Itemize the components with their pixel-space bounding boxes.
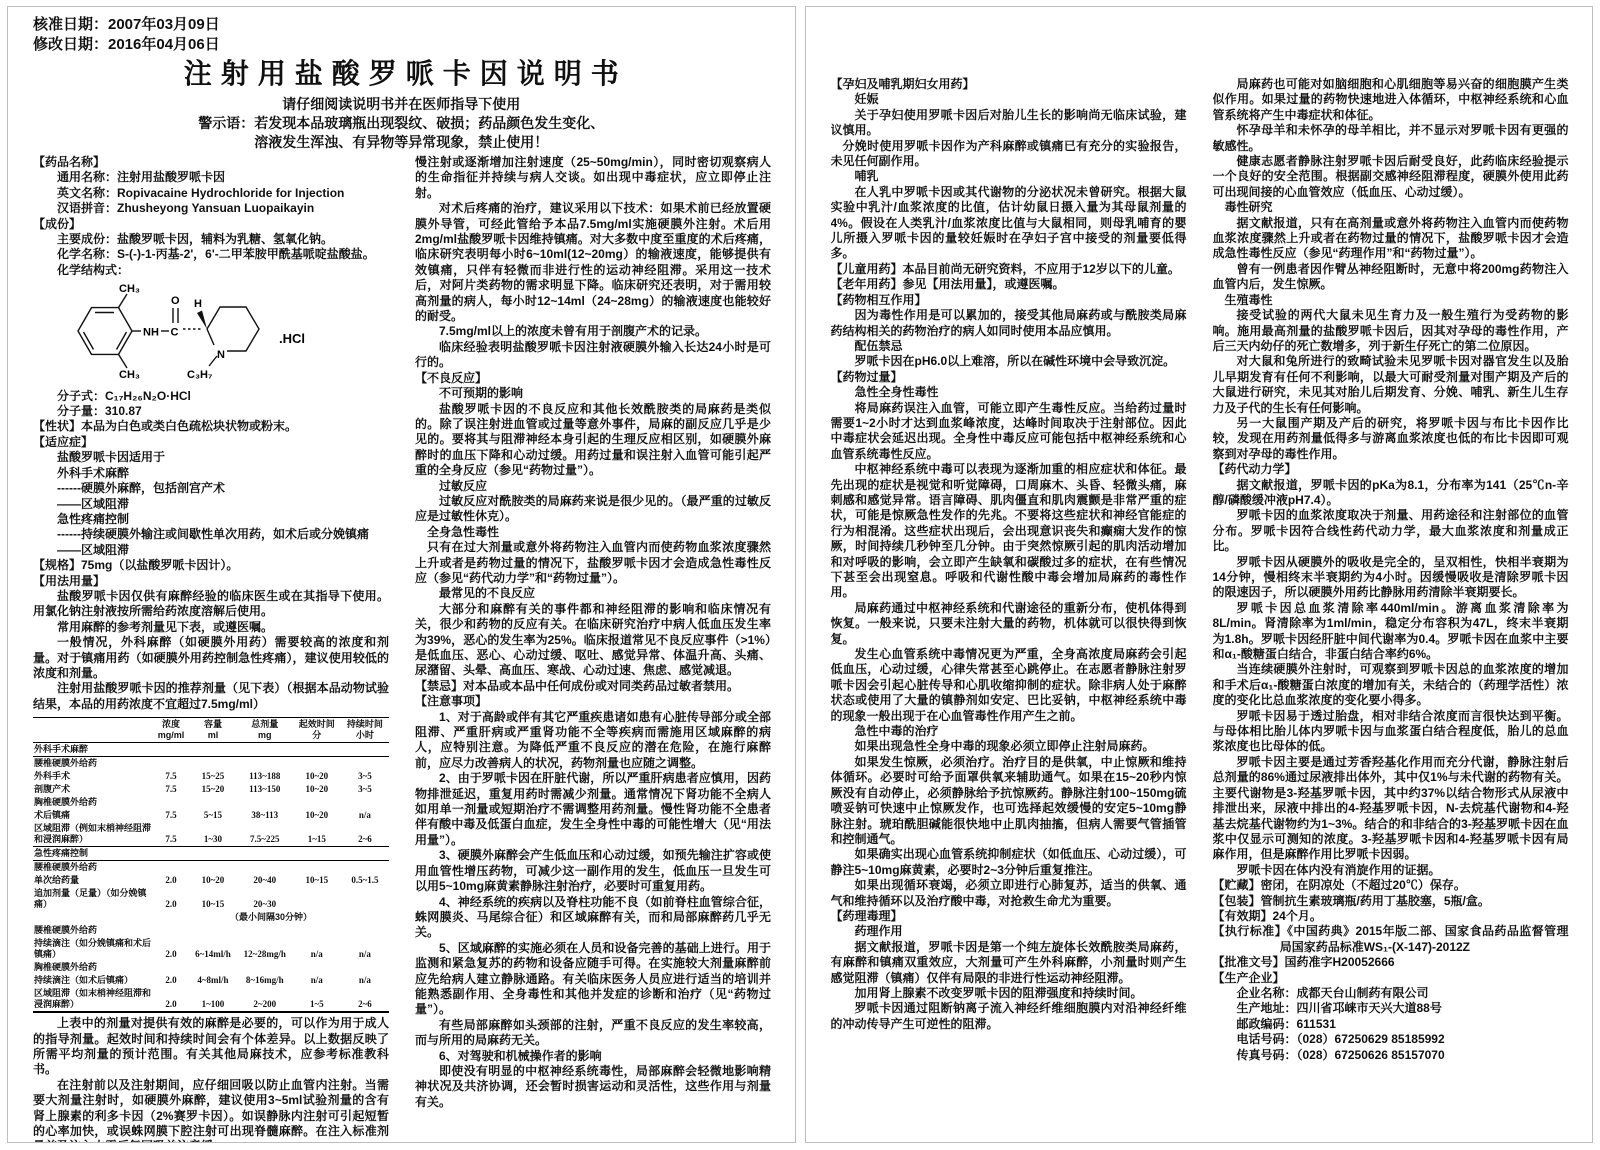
paragraph: 接受试验的两代大鼠未见生育力及一般生殖行为受药物的影响。施用最高剂量的盐酸罗哌卡… [1213, 308, 1569, 354]
h-label: H [194, 298, 202, 310]
paragraph: 罗哌卡因易于透过胎盘，相对非结合浓度而言很快达到平衡。与母体相比胎儿体内罗哌卡因… [1213, 709, 1569, 755]
paragraph: 一般情况，外科麻醉（如硬膜外用药）需要较高的浓度和剂量。对于镇痛用药（如硬膜外用… [33, 635, 389, 681]
table-header: 浓度mg/ml [153, 718, 189, 743]
paragraph: 据文献报道，罗哌卡因是第一个纯左旋体长效酰胺类局麻药，有麻醉和镇痛双重效应，大剂… [831, 940, 1187, 986]
paragraph: 常用麻醉的参考剂量见下表，或遵医嘱。 [33, 620, 389, 635]
paragraph: 即使没有明显的中枢神经系统毒性，局部麻醉会轻微地影响精神状况及共济协调，还会暂时… [415, 1064, 771, 1110]
section-heading: 【禁忌】对本品或本品中任何成份或对同类药品过敏者禁用。 [415, 679, 771, 694]
page-1-columns: 【药品名称】通用名称：注射用盐酸罗哌卡因英文名称：Ropivacaine Hyd… [33, 155, 770, 1143]
paragraph: 最常见的不良反应 [415, 586, 771, 601]
table-row: 外科手术麻醉 [33, 743, 389, 757]
section-heading: 【生产企业】 [1213, 971, 1569, 986]
section-heading: 【适应症】 [33, 435, 389, 450]
paragraph: 企业名称：成都天台山制药有限公司 [1213, 986, 1569, 1001]
paragraph: 在人乳中罗哌卡因或其代谢物的分泌状况未曾研究。根据大鼠实验中乳汁/血浆浓度的比值… [831, 185, 1187, 262]
paragraph: 7.5mg/ml以上的浓度未曾有用于剖腹产术的记录。 [415, 324, 771, 339]
section-heading: 【有效期】24个月。 [1213, 909, 1569, 924]
paragraph: 化学名称：S-(-)-1-丙基-2'，6'-二甲苯胺甲酰基哌啶盐酸盐。 [33, 247, 389, 262]
paragraph: 有些局部麻醉如头颈部的注射，严重不良反应的发生率较高，而与所用的局麻药无关。 [415, 1018, 771, 1049]
paragraph: 罗哌卡因在体内没有消旋作用的证据。 [1213, 863, 1569, 878]
paragraph: 如果确实出现心血管系统抑制症状（如低血压、心动过缓），可静注5~10mg麻黄素，… [831, 847, 1187, 878]
paragraph: 大部分和麻醉有关的事件都和神经阻滞的影响和临床情况有关，很少和药物的反应有关。在… [415, 602, 771, 679]
section-heading: 【药代动力学】 [1213, 462, 1569, 477]
table-row: 胸椎硬膜外给药 [33, 961, 389, 974]
table-header: 起效时间分 [293, 718, 341, 743]
paragraph: 中枢神经系统中毒可以表现为逐渐加重的相应症状和体征。最先出现的症状是视觉和听觉障… [831, 462, 1187, 601]
paragraph: 对术后疼痛的治疗，建议采用以下技术：如果术前已经放置硬膜外导管，可经此管给予本品… [415, 201, 771, 324]
paragraph: 罗哌卡因从硬膜外的吸收是完全的，呈双相性，快相半衰期为14分钟，慢相终末半衰期约… [1213, 555, 1569, 601]
adverse-reactions-precautions-section: 慢注射或逐渐增加注射速度（25~50mg/min），同时密切观察病人的生命指征并… [415, 155, 771, 1110]
paragraph: 只有在过大剂量或意外将药物注入血管内而使药物血浆浓度骤然上升或者是药物过量的情况… [415, 540, 771, 586]
table-header-empty [33, 718, 153, 743]
paragraph: 邮政编码：611531 [1213, 1017, 1569, 1032]
paragraph: 当连续硬膜外注射时，可观察到罗哌卡因总的血浆浓度的增加和手术后α₁-酸糖蛋白浓度… [1213, 662, 1569, 708]
chemical-structure-diagram: CH₃ CH₃ NH C O H N C₃H₇ .HCl [57, 281, 389, 385]
hcl-label: .HCl [279, 331, 305, 346]
paragraph: 上表中的剂量对提供有效的麻醉是必要的，可以作为用于成人的指导剂量。起效时间和持续… [33, 1016, 389, 1078]
table-row: 持续滴注（如术后镇痛）2.04~8ml/h8~16mg/hn/an/a [33, 974, 389, 987]
paragraph: 英文名称：Ropivacaine Hydrochloride for Injec… [33, 186, 389, 201]
paragraph: 哺乳 [831, 169, 1187, 184]
paragraph: 罗哌卡因主要是通过芳香羟基化作用而充分代谢，静脉注射后总剂量的86%通过尿液排出… [1213, 755, 1569, 863]
paragraph: 加用肾上腺素不改变罗哌卡因的阻滞强度和持续时间。 [831, 986, 1187, 1001]
paragraph: 传真号码：（028）67250626 85157070 [1213, 1048, 1569, 1063]
paragraph: 据文献报道，只有在高剂量或意外将药物注入血管内而使药物血浆浓度骤然上升或者在药物… [1213, 216, 1569, 262]
table-row: 外科手术7.515~25113~18810~203~5 [33, 770, 389, 783]
drug-name-composition-section: 【药品名称】通用名称：注射用盐酸罗哌卡因英文名称：Ropivacaine Hyd… [33, 155, 389, 278]
properties-indications-dosage-section: 分子式：C₁₇H₂₆N₂O·HCl分子量：310.87【性状】本品为白色或类白色… [33, 389, 389, 713]
paragraph: ——区域阻滞 [33, 497, 389, 512]
paragraph: 药理作用 [831, 924, 1187, 939]
paragraph: 6、对驾驶和机械操作者的影响 [415, 1049, 771, 1064]
paragraph: 关于孕妇使用罗哌卡因后对胎儿生长的影响尚无临床试验，建议慎用。 [831, 108, 1187, 139]
paragraph: ——区域阻滞 [33, 543, 389, 558]
warning-line-1: 警示语：若发现本品玻璃瓶出现裂纹、破损；药品颜色发生变化、 [33, 114, 770, 133]
section-heading: 【药物过量】 [831, 370, 1187, 385]
paragraph: 罗哌卡因在pH6.0以上难溶，所以在碱性环境中会导致沉淀。 [831, 354, 1187, 369]
table-header-row: 浓度mg/ml容量ml总剂量mg起效时间分持续时间小时 [33, 718, 389, 743]
paragraph: 如果出现循环衰竭，必须立即进行心肺复苏，适当的供氧、通气和维持循环以及治疗酸中毒… [831, 878, 1187, 909]
paragraph: 生殖毒性 [1213, 293, 1569, 308]
paragraph: ------持续硬膜外输注或间歇性单次用药，如术后或分娩镇痛 [33, 527, 389, 542]
paragraph: 在注射前以及注射期间，应仔细回吸以防止血管内注射。当需要大剂量注射时，如硬膜外麻… [33, 1078, 389, 1143]
paragraph: 盐酸罗哌卡因的不良反应和其他长效酰胺类的局麻药是类似的。除了误注射进血管或过量等… [415, 402, 771, 479]
table-row: （最小间隔30分钟） [33, 911, 389, 924]
paragraph: 配伍禁忌 [831, 339, 1187, 354]
section-heading: 【药物相互作用】 [831, 293, 1187, 308]
paragraph: 曾有一例患者因作臂丛神经阻断时，无意中将200mg药物注入血管内后，发生惊厥。 [1213, 262, 1569, 293]
paragraph: 急性疼痛控制 [33, 512, 389, 527]
paragraph: 妊娠 [831, 92, 1187, 107]
column-3: 【孕妇及哺乳期妇女用药】妊娠关于孕妇使用罗哌卡因后对胎儿生长的影响尚无临床试验，… [831, 77, 1187, 1063]
paragraph: 过敏反应 [415, 479, 771, 494]
paragraph: 分娩时使用罗哌卡因作为产科麻醉或镇痛已有充分的实验报告，未见任何副作用。 [831, 139, 1187, 170]
paragraph: 毒性研究 [1213, 200, 1569, 215]
paragraph: 3、硬膜外麻醉会产生低血压和心动过缓，如预先输注扩容或使用血管性增压药物，可减少… [415, 848, 771, 894]
paragraph: 注射用盐酸罗哌卡因的推荐剂量（见下表）（根据本品动物试验结果，本品的用药浓度不宜… [33, 681, 389, 712]
paragraph: 健康志愿者静脉注射罗哌卡因后耐受良好，此药临床经验提示一个良好的安全范围。根据副… [1213, 154, 1569, 200]
section-heading: 【批准文号】国药准字H20052666 [1213, 955, 1569, 970]
paragraph: 慢注射或逐渐增加注射速度（25~50mg/min），同时密切观察病人的生命指征并… [415, 155, 771, 201]
c3h7-label: C₃H₇ [187, 369, 212, 381]
section-heading: 【药理毒理】 [831, 909, 1187, 924]
paragraph: 另一大鼠围产期及产后的研究，将罗哌卡因与布比卡因作比较，发现在用药剂量低得多与游… [1213, 416, 1569, 462]
column-2: 慢注射或逐渐增加注射速度（25~50mg/min），同时密切观察病人的生命指征并… [415, 155, 771, 1143]
structure-svg: CH₃ CH₃ NH C O H N C₃H₇ .HCl [57, 281, 325, 381]
section-heading: 【药品名称】 [33, 155, 389, 170]
paragraph: 全身急性毒性 [415, 525, 771, 540]
paragraph: 将局麻药误注入血管，可能立即产生毒性反应。当给药过量时需要1~2小时才达到血浆峰… [831, 401, 1187, 463]
date-block: 核准日期：2007年03月09日 修改日期：2016年04月06日 [33, 15, 770, 55]
paragraph: 外科手术麻醉 [33, 466, 389, 481]
warning-line-2: 溶液发生浑浊、有异物等异常现象，禁止使用！ [33, 133, 770, 152]
table-row: 持续滴注（如分娩镇痛和术后镇痛）2.06~14ml/h12~28mg/hn/an… [33, 937, 389, 961]
paragraph: 生产地址：四川省邛崃市天兴大道88号 [1213, 1001, 1569, 1016]
paragraph: 通用名称：注射用盐酸罗哌卡因 [33, 170, 389, 185]
dosage-table: 浓度mg/ml容量ml总剂量mg起效时间分持续时间小时 外科手术麻醉腰椎硬膜外给… [33, 717, 389, 1013]
n-label: N [217, 349, 225, 361]
table-row: 急性疼痛控制 [33, 847, 389, 861]
nh-label: NH [143, 327, 159, 339]
revision-date: 修改日期：2016年04月06日 [33, 35, 770, 55]
paragraph: 局麻药通过中枢神经系统和代谢途径的重新分布，使机体得到恢复。一般来说，只要未注射… [831, 601, 1187, 647]
paragraph: 盐酸罗哌卡因仅供有麻醉经验的临床医生或在其指导下使用。用氯化钠注射液按所需给药浓… [33, 589, 389, 620]
paragraph: 分子量：310.87 [33, 404, 389, 419]
paragraph: 2、由于罗哌卡因在肝脏代谢，所以严重肝病患者应慎用，因药物排泄延迟，重复用药时需… [415, 771, 771, 848]
paragraph: 电话号码：（028）67250629 85185992 [1213, 1032, 1569, 1047]
table-row: 区域阻滞（如末梢神经阻滞和浸润麻醉）2.01~1002~2001~52~6 [33, 987, 389, 1012]
approval-date: 核准日期：2007年03月09日 [33, 15, 770, 35]
pregnancy-overdose-pharmacology-section: 【孕妇及哺乳期妇女用药】妊娠关于孕妇使用罗哌卡因后对胎儿生长的影响尚无临床试验，… [831, 77, 1187, 1032]
paragraph: 罗哌卡因的血浆浓度取决于剂量、用药途径和注射部位的血管分布。罗哌卡因符合线性药代… [1213, 508, 1569, 554]
ch3-bottom-label: CH₃ [119, 369, 140, 381]
carbonyl-c-label: C [171, 327, 179, 339]
paragraph: 罗哌卡因通过阻断钠离子流入神经纤维细胞膜内对沿神经纤维的冲动传导产生可逆性的阻滞… [831, 1001, 1187, 1032]
paragraph: 临床经验表明盐酸罗哌卡因注射液硬膜外输入长达24小时是可行的。 [415, 340, 771, 371]
table-row: 腰椎硬膜外给药 [33, 757, 389, 771]
section-heading: 【不良反应】 [415, 371, 771, 386]
paragraph: 局麻药也可能对如脑细胞和心肌细胞等易兴奋的细胞膜产生类似作用。如果过量的药物快速… [1213, 77, 1569, 123]
table-row: 胸椎硬膜外给药 [33, 796, 389, 809]
page-2-columns: 【孕妇及哺乳期妇女用药】妊娠关于孕妇使用罗哌卡因后对胎儿生长的影响尚无临床试验，… [831, 77, 1568, 1063]
table-row: 腰椎硬膜外给药 [33, 861, 389, 875]
paragraph: 急性中毒的治疗 [831, 724, 1187, 739]
page-title: 注射用盐酸罗哌卡因说明书 [33, 56, 770, 92]
section-heading: 【包装】管制抗生素玻璃瓶/药用丁基胶塞，5瓶/盒。 [1213, 894, 1569, 909]
table-row: 术后镇痛7.55~1538~11310~20n/a [33, 809, 389, 822]
pharmacokinetics-storage-manufacturer-section: 局麻药也可能对如脑细胞和心肌细胞等易兴奋的细胞膜产生类似作用。如果过量的药物快速… [1213, 77, 1569, 1063]
paragraph: 据文献报道，罗哌卡因的pKa为8.1，分布率为141（25℃n-辛醇/磷酸缓冲液… [1213, 478, 1569, 509]
section-heading: 【用法用量】 [33, 574, 389, 589]
table-row: 区域阻滞（例如末梢神经阻滞和浸润麻醉）7.51~307.5~2251~152~6 [33, 822, 389, 847]
column-4: 局麻药也可能对如脑细胞和心肌细胞等易兴奋的细胞膜产生类似作用。如果过量的药物快速… [1213, 77, 1569, 1063]
page-1: 核准日期：2007年03月09日 修改日期：2016年04月06日 注射用盐酸罗… [7, 6, 796, 1143]
paragraph: 急性全身性毒性 [831, 385, 1187, 400]
table-row: 追加剂量（足量）（如分娩镇痛）2.010~1520~30 [33, 887, 389, 911]
column-1: 【药品名称】通用名称：注射用盐酸罗哌卡因英文名称：Ropivacaine Hyd… [33, 155, 389, 1143]
paragraph: 如果出现急性全身中毒的现象必须立即停止注射局麻药。 [831, 739, 1187, 754]
dosage-notes-section: 上表中的剂量对提供有效的麻醉是必要的，可以作为用于成人的指导剂量。起效时间和持续… [33, 1016, 389, 1143]
paragraph: 如果发生惊厥，必须治疗。治疗目的是供氧，中止惊厥和维持体循环。必要时可给予面罩供… [831, 755, 1187, 847]
section-heading: 【成份】 [33, 217, 389, 232]
table-row: 腰椎硬膜外给药 [33, 924, 389, 937]
paragraph: 5、区域麻醉的实施必须在人员和设备完善的基础上进行。用于监测和紧急复苏的药物和设… [415, 941, 771, 1018]
paragraph: 主要成份：盐酸罗哌卡因，辅料为乳糖、氢氧化钠。 [33, 232, 389, 247]
paragraph: 盐酸罗哌卡因适用于 [33, 450, 389, 465]
paragraph: 1、对于高龄或伴有其它严重疾患诸如患有心脏传导部分或全部阻滞、严重肝病或严重肾功… [415, 710, 771, 772]
section-heading: 【老年用药】参见【用法用量】，或遵医嘱。 [831, 277, 1187, 292]
paragraph: 发生心血管系统中毒情况更为严重，全身高浓度局麻药会引起低血压，心动过缓，心律失常… [831, 647, 1187, 724]
paragraph: 不可预期的影响 [415, 386, 771, 401]
paragraph: 汉语拼音：Zhusheyong Yansuan Luopaikayin [33, 201, 389, 216]
paragraph: 4、神经系统的疾病以及脊柱功能不良（如前脊柱血管综合征，蛛网膜炎、马尾综合征）和… [415, 895, 771, 941]
paragraph: 过敏反应对酰胺类的局麻药来说是很少见的。（最严重的过敏反应是过敏性休克）。 [415, 494, 771, 525]
ch3-top-label: CH₃ [119, 283, 140, 295]
usage-note: 请仔细阅读说明书并在医师指导下使用 [33, 94, 770, 114]
section-heading: 【规格】75mg（以盐酸罗哌卡因计）。 [33, 558, 389, 573]
stereo-wedge [197, 311, 207, 330]
section-heading: 【贮藏】密闭，在阴凉处（不超过20℃）保存。 [1213, 878, 1569, 893]
table-header: 容量ml [189, 718, 237, 743]
paragraph: 【执行标准】《中国药典》2015年版二部、国家食品药品监督管理局国家药品标准WS… [1213, 924, 1569, 955]
paragraph: 分子式：C₁₇H₂₆N₂O·HCl [33, 389, 389, 404]
table-row: 剖腹产术7.515~20113~15010~203~5 [33, 783, 389, 796]
section-heading: 【儿童用药】本品目前尚无研究资料，不应用于12岁以下的儿童。 [831, 262, 1187, 277]
page-2: 【孕妇及哺乳期妇女用药】妊娠关于孕妇使用罗哌卡因后对胎儿生长的影响尚无临床试验，… [805, 6, 1594, 1143]
paragraph: 罗哌卡因总血浆清除率440ml/min。游离血浆清除率为8L/min。肾清除率为… [1213, 601, 1569, 663]
paragraph: 怀孕母羊和未怀孕的母羊相比，并不显示对罗哌卡因有更强的敏感性。 [1213, 123, 1569, 154]
oxygen-label: O [171, 295, 180, 307]
leaflet-scan: 核准日期：2007年03月09日 修改日期：2016年04月06日 注射用盐酸罗… [0, 0, 1600, 1149]
paragraph: ------硬膜外麻醉，包括剖宫产术 [33, 481, 389, 496]
paragraph: 因为毒性作用是可以累加的，接受其他局麻药或与酰胺类局麻药结构相关的药物治疗的病人… [831, 308, 1187, 339]
table-row: 单次给药量2.010~2020~4010~150.5~1.5 [33, 874, 389, 887]
table-header: 持续时间小时 [341, 718, 389, 743]
paragraph: 化学结构式： [33, 263, 389, 278]
section-heading: 【注意事项】 [415, 694, 771, 709]
paragraph: 对大鼠和兔所进行的致畸试验未见罗哌卡因对器官发生以及胎儿早期发育有任何不利影响，… [1213, 354, 1569, 416]
table-header: 总剂量mg [237, 718, 293, 743]
section-heading: 【性状】本品为白色或类白色疏松块状物或粉末。 [33, 419, 389, 434]
section-heading: 【孕妇及哺乳期妇女用药】 [831, 77, 1187, 92]
